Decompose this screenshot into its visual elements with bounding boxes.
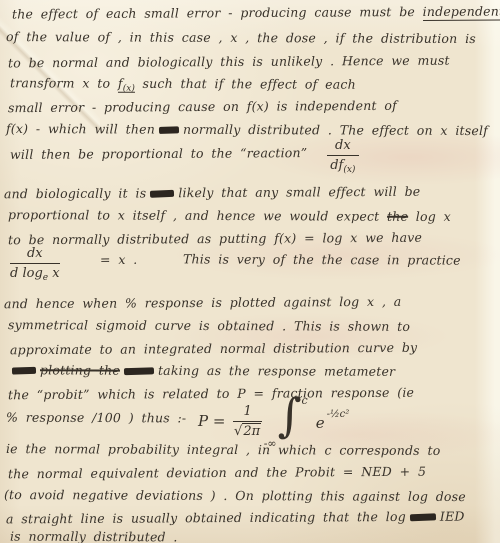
line-22-text-b: IED (440, 509, 465, 524)
struck-word-the: the (387, 209, 408, 224)
manuscript-line-02: of the value of , in this case , x , the… (6, 29, 476, 47)
formula-lhs: P = (198, 412, 225, 430)
manuscript-page: the effect of each small error - produci… (0, 0, 500, 543)
equation-equals-x: = x . (100, 252, 138, 268)
integral-upper-limit: c (302, 394, 308, 407)
manuscript-line-08: and biologically it islikely that any sm… (4, 184, 420, 203)
integral-sign: ∫ (278, 390, 302, 440)
exponent: -½c² (327, 409, 350, 420)
manuscript-line-13: and hence when % response is plotted aga… (4, 294, 402, 312)
function-fx: f(x) (118, 76, 135, 93)
manuscript-line-03: to be normal and biologically this is un… (8, 53, 450, 72)
line-09-text-b: log x (408, 209, 451, 224)
manuscript-line-10: to be normally distributed as putting f(… (8, 230, 422, 249)
manuscript-line-19: ie the normal probability integral , in … (6, 441, 441, 459)
manuscript-line-06: f(x) - which will thennormally distribut… (6, 121, 488, 139)
manuscript-line-07: will then be proportional to the “reacti… (10, 145, 307, 163)
underlined-word-independent: independent (423, 3, 500, 20)
manuscript-line-23: is normally distributed . (10, 529, 178, 543)
exponential-base: e (316, 414, 325, 432)
line-22-text: a straight line is usually obtained indi… (6, 509, 406, 526)
struck-words-plotting-the: plotting the (40, 362, 120, 377)
manuscript-line-21: (to avoid negative deviations ) . On plo… (4, 487, 466, 505)
line-08-text: and biologically it is (4, 185, 146, 201)
ink-scribble (12, 367, 36, 375)
fraction-denominator: d loge x (10, 264, 60, 283)
line-06-text: f(x) - which will then (6, 121, 155, 137)
manuscript-line-01: the effect of each small error - produci… (12, 3, 500, 22)
manuscript-line-14: symmetrical sigmoid curve is obtained . … (8, 317, 410, 335)
fraction-dx-dfx: dx df(x) (327, 138, 359, 175)
line-04-text: transform x to (10, 75, 118, 90)
line-04-text-b: such that if the effect of each (135, 76, 356, 92)
integral: ∫ c -∞ (270, 396, 304, 446)
fraction-denominator: df(x) (327, 156, 359, 175)
line-16-text: taking as the response metameter (158, 363, 395, 379)
line-06-text-b: normally distributed . The effect on x i… (183, 122, 488, 138)
line-09-text: proportional to x itself , and hence we … (8, 207, 387, 224)
probit-integral-formula: P = 1 √2π ∫ c -∞ e -½c² (198, 396, 347, 446)
manuscript-line-04: transform x to f(x) such that if the eff… (10, 75, 356, 98)
fraction-numerator: dx (327, 138, 359, 156)
line-08-text-b: likely that any small effect will be (178, 184, 420, 200)
ink-scribble (124, 367, 154, 375)
manuscript-line-09: proportional to x itself , and hence we … (8, 207, 451, 225)
manuscript-line-05: small error - producing cause on f(x) is… (8, 98, 397, 116)
ink-scribble (150, 190, 174, 198)
fraction-numerator: dx (10, 246, 60, 264)
manuscript-line-22: a straight line is usually obtained indi… (6, 509, 465, 528)
ink-scribble (410, 513, 436, 521)
ink-scribble (159, 126, 179, 134)
manuscript-line-16: plotting thetaking as the response metam… (8, 362, 395, 380)
manuscript-line-18: % response /100 ) thus :- (6, 410, 186, 427)
line-01-text: the effect of each small error - produci… (12, 4, 423, 22)
manuscript-line-20: the normal equivalent deviation and the … (8, 464, 426, 483)
fraction-one-over-sqrt2pi: 1 √2π (233, 404, 261, 439)
fraction-dx-dlogx: dx d loge x (10, 246, 60, 283)
manuscript-line-15: approximate to an integrated normal dist… (10, 340, 417, 358)
manuscript-line-12: This is very of the the case in practice (183, 251, 461, 268)
